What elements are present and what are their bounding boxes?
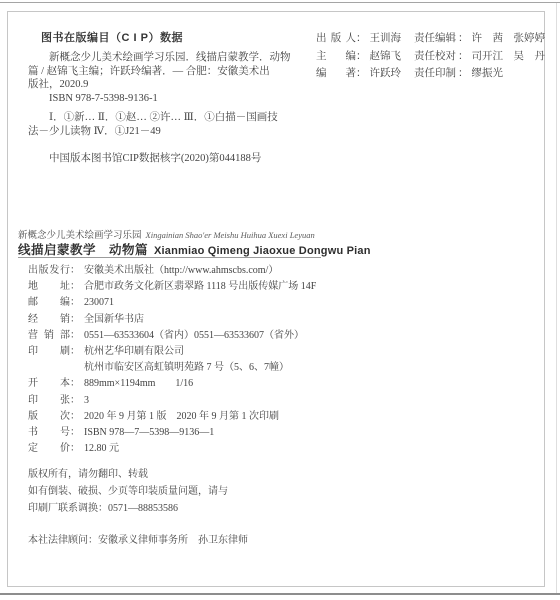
role-value: 王训海 — [370, 30, 402, 45]
copyright-notice: 版权所有，请勿翻印、转载 如有倒装、破损、少页等印装质量问题，请与 印刷厂联系调… — [28, 466, 228, 517]
colophon-value: 杭州艺华印刷有限公司 — [84, 342, 184, 357]
colon: ： — [70, 277, 80, 292]
colophon-row: 营销部：0551—63533604（省内）0551—63533607（省外） — [28, 326, 316, 342]
cip-line: 版社，2020.9 — [28, 78, 338, 92]
colophon-row: 印刷：杭州艺华印刷有限公司 — [28, 342, 316, 358]
scan-edge-right — [556, 3, 557, 593]
staff-left: 主编：赵锦飞 — [316, 48, 414, 63]
staff-credits: 出版人：王训海 责任编辑：许 茜 张婷婷 主编：赵锦飞 责任校对：司开江 吴 丹… — [316, 30, 545, 83]
page-frame: 图书在版编目（C I P）数据 新概念少儿美术绘画学习乐园．线描启蒙教学．动物 … — [7, 11, 545, 587]
notice-line: 版权所有，请勿翻印、转载 — [28, 466, 228, 483]
series-title: 新概念少儿美术绘画学习乐园Xingainian Shao'er Meishu H… — [18, 227, 315, 241]
colophon-value: 2020 年 9 月第 1 版 2020 年 9 月第 1 次印刷 — [84, 407, 279, 422]
colophon-label: 营销部 — [28, 326, 70, 341]
role-label: 责任印制 — [414, 65, 458, 80]
role-label: 出版人 — [316, 30, 356, 45]
colon: ： — [70, 326, 80, 341]
colophon-row: 版次：2020 年 9 月第 1 版 2020 年 9 月第 1 次印刷 — [28, 407, 316, 423]
cip-line: 篇 / 赵锦飞主编；许跃玲编著．— 合肥：安徽美术出 — [28, 65, 338, 79]
colon: ： — [70, 261, 80, 276]
colophon-value: 3 — [84, 395, 89, 406]
title-underline — [18, 257, 321, 258]
colophon-row: 开本：889mm×1194mm 1/16 — [28, 374, 316, 390]
colophon-row: 书号：ISBN 978—7—5398—9136—1 — [28, 423, 316, 439]
colophon-value: 889mm×1194mm 1/16 — [84, 374, 193, 389]
scan-edge-bottom — [0, 593, 560, 595]
colon: ： — [356, 65, 367, 80]
colon: ： — [458, 48, 469, 63]
colophon-value: 230071 — [84, 297, 114, 308]
cip-isbn-line: ISBN 978-7-5398-9136-1 — [28, 92, 338, 106]
cip-classification: Ⅰ．①新… Ⅱ．①赵… ②许… Ⅲ．①白描－国画技 法－少儿读物 Ⅳ．①J21－… — [28, 111, 338, 138]
role-value: 许 茜 张婷婷 — [472, 30, 546, 45]
cip-line: 新概念少儿美术绘画学习乐园．线描启蒙教学．动物 — [28, 51, 338, 65]
colophon-label: 定价 — [28, 439, 70, 454]
colophon-row: 定价：12.80 元 — [28, 439, 316, 455]
role-value: 司开江 吴 丹 — [472, 48, 546, 63]
notice-line: 如有倒装、破损、少页等印装质量问题，请与 — [28, 483, 228, 500]
role-value: 缪振光 — [472, 65, 504, 80]
staff-right: 责任印制：缪振光 — [414, 65, 503, 80]
cip-body: 新概念少儿美术绘画学习乐园．线描启蒙教学．动物 篇 / 赵锦飞主编；许跃玲编著．… — [28, 51, 338, 105]
cip-class-line: 法－少儿读物 Ⅳ．①J21－49 — [28, 125, 338, 139]
colophon-value: 合肥市政务文化新区翡翠路 1118 号出版传媒广场 14F — [84, 277, 316, 292]
colophon-value: 12.80 元 — [84, 439, 119, 454]
colon: ： — [356, 30, 367, 45]
colon: ： — [70, 342, 80, 357]
colophon-row: 邮编：230071 — [28, 293, 316, 309]
staff-row: 出版人：王训海 责任编辑：许 茜 张婷婷 — [316, 30, 545, 48]
notice-line: 印刷厂联系调换：0571—88853586 — [28, 500, 228, 517]
role-label: 责任编辑 — [414, 30, 458, 45]
legal-counsel-line: 本社法律顾问：安徽承义律师事务所 孙卫东律师 — [28, 531, 248, 546]
cip-record-number: 中国版本图书馆CIP数据核字(2020)第044188号 — [28, 150, 261, 165]
book-title-pinyin: Xianmiao Qimeng Jiaoxue Dongwu Pian — [154, 245, 371, 257]
colophon-label: 印刷 — [28, 342, 70, 357]
colon: ： — [70, 310, 80, 325]
colon: ： — [70, 374, 80, 389]
staff-left: 编著：许跃玲 — [316, 65, 414, 80]
colophon-label: 开本 — [28, 374, 70, 389]
colon: ： — [70, 423, 80, 438]
colon: ： — [356, 48, 367, 63]
colophon-value: 安徽美术出版社（http://www.ahmscbs.com/） — [84, 261, 278, 276]
scan-edge-top — [0, 2, 560, 3]
role-label: 主编 — [316, 48, 356, 63]
role-label: 编著 — [316, 65, 356, 80]
staff-row: 编著：许跃玲 责任印制：缪振光 — [316, 65, 545, 83]
colophon-label: 版次 — [28, 407, 70, 422]
colophon-label: 出版发行 — [28, 261, 70, 276]
colon: ： — [70, 439, 80, 454]
colophon-value: 全国新华书店 — [84, 310, 144, 325]
cip-header: 图书在版编目（C I P）数据 — [41, 29, 183, 45]
scanned-colophon-page: { "punct": { "colon": "：" }, "colors": {… — [0, 0, 560, 600]
colophon-label: 经销 — [28, 310, 70, 325]
colophon-label: 书号 — [28, 423, 70, 438]
colon: ： — [70, 391, 80, 406]
cip-class-line: Ⅰ．①新… Ⅱ．①赵… ②许… Ⅲ．①白描－国画技 — [28, 111, 338, 125]
colophon-value: 杭州市临安区高虹镇明苑路 7 号（5、6、7幢） — [84, 358, 289, 373]
colophon-label: 地址 — [28, 277, 70, 292]
staff-right: 责任编辑：许 茜 张婷婷 — [414, 30, 545, 45]
staff-row: 主编：赵锦飞 责任校对：司开江 吴 丹 — [316, 48, 545, 66]
role-value: 赵锦飞 — [370, 48, 402, 63]
staff-left: 出版人：王训海 — [316, 30, 414, 45]
colophon-row: 经销：全国新华书店 — [28, 310, 316, 326]
colophon-value: ISBN 978—7—5398—9136—1 — [84, 427, 214, 438]
colophon-row: 出版发行：安徽美术出版社（http://www.ahmscbs.com/） — [28, 261, 316, 277]
colophon-value: 0551—63533604（省内）0551—63533607（省外） — [84, 326, 304, 341]
colophon-row: 地址：合肥市政务文化新区翡翠路 1118 号出版传媒广场 14F — [28, 277, 316, 293]
series-title-pinyin: Xingainian Shao'er Meishu Huihua Xuexi L… — [146, 230, 315, 240]
role-label: 责任校对 — [414, 48, 458, 63]
book-title-cn: 线描启蒙教学 动物篇 — [18, 243, 148, 257]
colon: ： — [458, 65, 469, 80]
colon: ： — [70, 407, 80, 422]
colophon-label: 邮编 — [28, 293, 70, 308]
colophon-table: 出版发行：安徽美术出版社（http://www.ahmscbs.com/） 地址… — [28, 261, 316, 455]
role-value: 许跃玲 — [370, 65, 402, 80]
staff-right: 责任校对：司开江 吴 丹 — [414, 48, 545, 63]
colon: ： — [70, 293, 80, 308]
colon: ： — [458, 30, 469, 45]
book-title: 线描启蒙教学 动物篇Xianmiao Qimeng Jiaoxue Dongwu… — [18, 240, 371, 258]
colophon-label: 印张 — [28, 391, 70, 406]
colophon-row-continuation: ：杭州市临安区高虹镇明苑路 7 号（5、6、7幢） — [28, 358, 316, 374]
colophon-row: 印张：3 — [28, 391, 316, 407]
